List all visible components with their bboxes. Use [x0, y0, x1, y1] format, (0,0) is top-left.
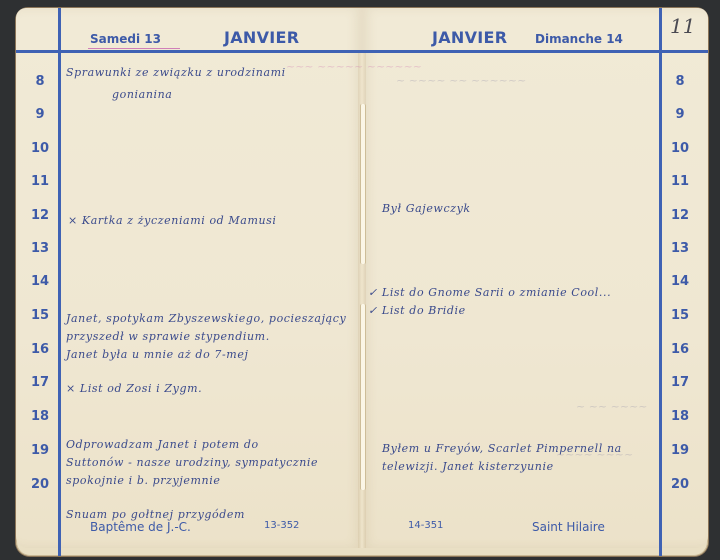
right-margin-rule [659, 8, 662, 556]
hour-label: 19 [668, 443, 692, 458]
left-margin-rule [58, 8, 61, 556]
hour-label: 15 [28, 308, 52, 323]
diary-entry: ✓ List do Gnome Sarii o zmianie Cool... [368, 284, 611, 302]
diary-entry: × Kartka z życzeniami od Mamusi [68, 212, 277, 230]
hour-label: 17 [668, 375, 692, 390]
hour-label: 17 [28, 375, 52, 390]
right-day-label: Dimanche 14 [535, 32, 623, 46]
left-day-label: Samedi 13 [90, 32, 161, 46]
diary-entry: spokojnie i b. przyjemnie [66, 472, 220, 490]
hour-label: 16 [28, 342, 52, 357]
hour-label: 9 [28, 107, 52, 122]
hour-label: 12 [668, 208, 692, 223]
diary-entry: ✓ List do Bridie [368, 302, 466, 320]
right-saint-of-day: Saint Hilaire [532, 520, 605, 534]
diary-entry: Janet, spotykam Zbyszewskiego, pocieszaj… [66, 310, 346, 328]
left-saint-of-day: Baptême de J.-C. [90, 520, 191, 534]
left-day-of-year: 13-352 [264, 520, 299, 531]
hour-label: 14 [28, 274, 52, 289]
left-month-title: JANVIER [224, 28, 299, 47]
hour-label: 18 [668, 409, 692, 424]
hour-label: 20 [28, 477, 52, 492]
diary-entry: przyszedł w sprawie stypendium. [66, 328, 270, 346]
hour-label: 14 [668, 274, 692, 289]
hour-label: 20 [668, 477, 692, 492]
diary-entry: Odprowadzam Janet i potem do [66, 436, 259, 454]
scan-background: Samedi 13 JANVIER JANVIER Dimanche 14 11… [0, 0, 720, 560]
hour-label: 8 [28, 74, 52, 89]
hour-label: 16 [668, 342, 692, 357]
bleed-through-text: ~ ~~ ~~~~ [576, 400, 648, 413]
diary-entry: Sprawunki ze związku z urodzinami [66, 64, 286, 82]
hour-label: 9 [668, 107, 692, 122]
hour-label: 19 [28, 443, 52, 458]
diary-spread: Samedi 13 JANVIER JANVIER Dimanche 14 11… [16, 8, 708, 556]
bleed-through-text: ~ ~~~~ ~~ ~~~~~~ [396, 74, 526, 87]
diary-entry: Był Gajewczyk [382, 200, 471, 218]
hour-label: 18 [28, 409, 52, 424]
diary-entry: Janet była u mnie aż do 7-mej [66, 346, 248, 364]
diary-entry: Byłem u Freyów, Scarlet Pimpernell na [382, 440, 622, 458]
hour-label: 11 [28, 174, 52, 189]
right-month-title: JANVIER [432, 28, 507, 47]
diary-entry: × List od Zosi i Zygm. [66, 380, 202, 398]
left-day-underline [88, 48, 180, 49]
hour-label: 10 [28, 141, 52, 156]
hour-label: 12 [28, 208, 52, 223]
bleed-through-text: ~~~ ~~~~~ ~~~~~~ [286, 60, 422, 73]
binding-stitch [360, 304, 366, 490]
diary-entry: telewizji. Janet kisterzyunie [382, 458, 554, 476]
right-day-of-year: 14-351 [408, 520, 443, 531]
handwritten-page-number: 11 [670, 14, 695, 38]
hour-label: 15 [668, 308, 692, 323]
binding-stitch [360, 104, 366, 264]
hour-label: 13 [28, 241, 52, 256]
hour-label: 13 [668, 241, 692, 256]
header-rule [16, 50, 708, 53]
diary-entry: Suttonów - nasze urodziny, sympatycznie [66, 454, 318, 472]
hour-label: 8 [668, 74, 692, 89]
hour-label: 10 [668, 141, 692, 156]
diary-entry: gonianina [112, 86, 172, 104]
hour-label: 11 [668, 174, 692, 189]
